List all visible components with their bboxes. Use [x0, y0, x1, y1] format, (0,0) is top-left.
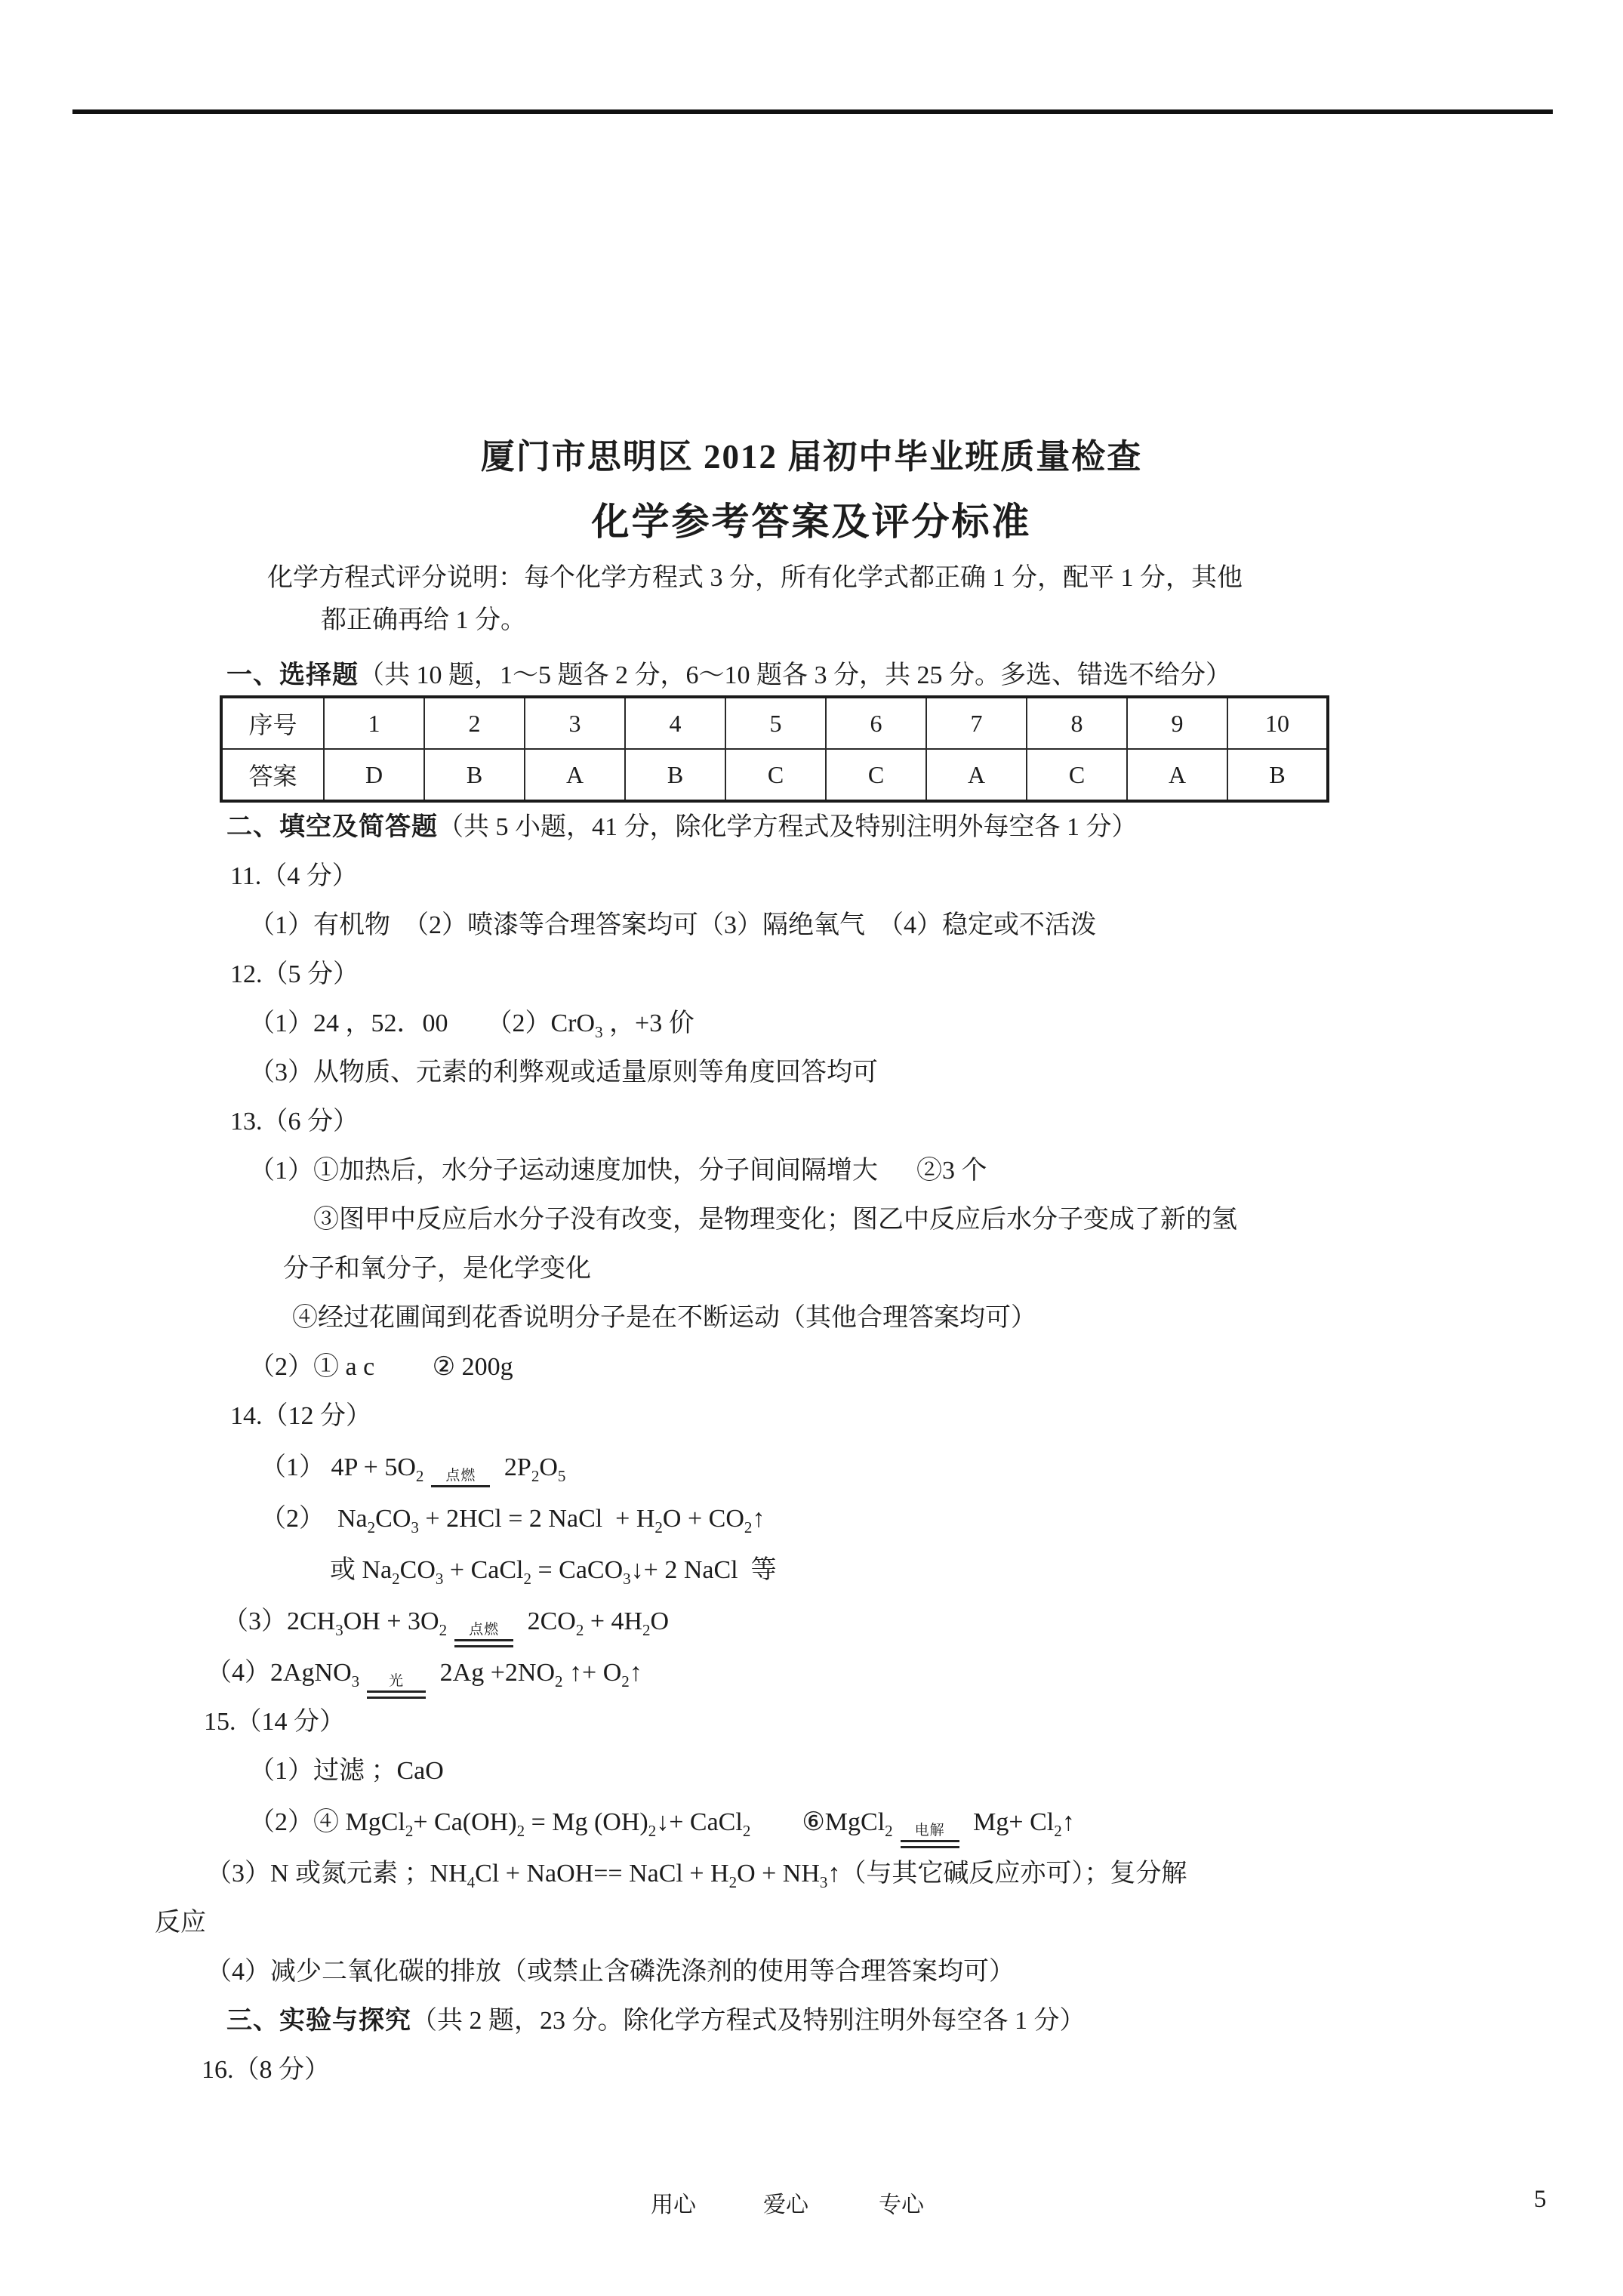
- reaction-arrow-line: [454, 1639, 513, 1647]
- doc-line: 11.（4 分）: [230, 852, 1623, 901]
- doc-line: 13.（6 分）: [230, 1097, 1623, 1146]
- formula-subscript: 2: [743, 1822, 751, 1840]
- formula-subscript: 5: [558, 1467, 566, 1485]
- header-rule: [72, 109, 1553, 114]
- page-number: 5: [1534, 2186, 1547, 2214]
- table-cell: 3: [525, 697, 625, 749]
- doc-line: （3）N 或氮元素 ；NH4Cl + NaOH== NaCl + H2O + N…: [206, 1849, 1623, 1898]
- formula-subscript: 3: [623, 1570, 631, 1588]
- reaction-arrow-line: [901, 1840, 959, 1848]
- table-cell: 8: [1027, 697, 1127, 749]
- reaction-condition: 光: [367, 1674, 426, 1699]
- formula-subscript: 2: [416, 1467, 424, 1485]
- document-header: 厦门市思明区 2012 届初中毕业班质量检查 化学参考答案及评分标准: [0, 0, 1623, 545]
- formula-subscript: 2: [576, 1621, 584, 1639]
- formula-subscript: 2: [405, 1822, 414, 1840]
- formula-subscript: 2: [642, 1621, 651, 1639]
- formula-subscript: 2: [555, 1672, 563, 1690]
- section-1-heading-bold: 一、选择题: [226, 661, 359, 689]
- formula-subscript: 3: [352, 1672, 360, 1690]
- doc-line: （4）2AgNO3光 2Ag +2NO2 ↑+ O2↑: [206, 1648, 1623, 1697]
- formula-subscript: 2: [531, 1467, 540, 1485]
- reaction-arrow-line: [367, 1690, 426, 1699]
- doc-line: 分子和氧分子，是化学变化: [283, 1244, 1623, 1293]
- footer-word: 专心: [879, 2186, 924, 2219]
- doc-line: （3）2CH3OH + 3O2点燃 2CO2 + 4H2O: [223, 1597, 1623, 1646]
- reaction-condition: 点燃: [454, 1623, 513, 1647]
- question-number-row: 序号12345678910: [221, 697, 1328, 749]
- reaction-condition: 电解: [901, 1823, 959, 1848]
- formula-subscript: 2: [392, 1570, 400, 1588]
- document-subtitle: 化学参考答案及评分标准: [0, 498, 1623, 545]
- table-cell: 9: [1127, 697, 1227, 749]
- formula-subscript: 4: [467, 1873, 476, 1891]
- doc-line: （1）24 ，52．00 （2）CrO3 ，+3 价: [249, 999, 1623, 1048]
- reaction-condition-label: 点燃: [469, 1623, 499, 1637]
- formula-subscript: 2: [654, 1518, 663, 1536]
- reaction-condition-label: 电解: [915, 1823, 945, 1838]
- formula-subscript: 3: [436, 1570, 444, 1588]
- doc-line: （1）①加热后，水分子运动速度加快，分子间间隔增大 ②3 个: [249, 1146, 1623, 1195]
- reaction-condition-label: 点燃: [445, 1469, 476, 1483]
- grading-note-line: 都正确再给 1 分。: [321, 599, 1623, 642]
- bold-segment: 二、填空及简答题: [226, 812, 438, 841]
- table-cell: 7: [926, 697, 1027, 749]
- document-page: 厦门市思明区 2012 届初中毕业班质量检查 化学参考答案及评分标准 化学方程式…: [0, 0, 1623, 2296]
- doc-line: 16.（8 分）: [202, 2045, 1623, 2094]
- reaction-arrow-line: [431, 1485, 490, 1487]
- bold-segment: 三、实验与探究: [226, 2006, 411, 2035]
- document-body: 一、选择题（共 10 题，1～5 题各 2 分，6～10 题各 3 分，共 25…: [155, 658, 1623, 2094]
- formula-subscript: 2: [744, 1518, 753, 1536]
- section-1-heading: 一、选择题（共 10 题，1～5 题各 2 分，6～10 题各 3 分，共 25…: [226, 658, 1623, 692]
- doc-line: （2）④ MgCl2+ Ca(OH)2 = Mg (OH)2↓+ CaCl2 ⑥…: [249, 1798, 1623, 1847]
- formula-subscript: 2: [439, 1621, 448, 1639]
- document-title: 厦门市思明区 2012 届初中毕业班质量检查: [0, 436, 1623, 477]
- formula-subscript: 2: [648, 1822, 657, 1840]
- formula-subscript: 2: [729, 1873, 738, 1891]
- doc-line: ③图甲中反应后水分子没有改变，是物理变化；图乙中反应后水分子变成了新的氢: [313, 1195, 1623, 1244]
- reaction-condition-label: 光: [389, 1674, 404, 1688]
- doc-line: 14.（12 分）: [230, 1391, 1623, 1441]
- section-1-heading-rest: （共 10 题，1～5 题各 2 分，6～10 题各 3 分，共 25 分。多选…: [359, 661, 1231, 689]
- formula-subscript: 2: [523, 1570, 531, 1588]
- table-cell: C: [725, 749, 826, 801]
- table-cell: D: [324, 749, 424, 801]
- table-cell: 6: [826, 697, 926, 749]
- doc-line: （2） Na2CO3 + 2HCl = 2 NaCl + H2O + CO2↑: [260, 1494, 1623, 1543]
- formula-subscript: 3: [595, 1023, 603, 1041]
- page-footer: 用心 爱心 专心 5: [0, 2186, 1623, 2216]
- formula-subscript: 2: [368, 1518, 376, 1536]
- formula-subscript: 3: [335, 1621, 343, 1639]
- table-row-label: 序号: [221, 697, 324, 749]
- table-cell: A: [926, 749, 1027, 801]
- doc-line: （2）① a c ② 200g: [249, 1342, 1623, 1391]
- doc-line: （1）过滤 ；CaO: [249, 1746, 1623, 1795]
- formula-subscript: 2: [1054, 1822, 1062, 1840]
- reaction-condition: 点燃: [431, 1469, 490, 1487]
- table-cell: 5: [725, 697, 826, 749]
- answer-lines: 二、填空及简答题（共 5 小题，41 分，除化学方程式及特别注明外每空各 1 分…: [155, 803, 1623, 2094]
- grading-note-line: 化学方程式评分说明：每个化学方程式 3 分，所有化学式都正确 1 分，配平 1 …: [267, 557, 1623, 599]
- table-cell: 4: [625, 697, 725, 749]
- doc-line: （1） 4P + 5O2点燃 2P2O5: [260, 1443, 1623, 1492]
- table-cell: A: [1127, 749, 1227, 801]
- grading-note: 化学方程式评分说明：每个化学方程式 3 分，所有化学式都正确 1 分，配平 1 …: [0, 557, 1623, 642]
- table-cell: B: [1227, 749, 1328, 801]
- doc-line: 15.（14 分）: [204, 1697, 1623, 1746]
- doc-line: （4）减少二氧化碳的排放（或禁止含磷洗涤剂的使用等合理答案均可）: [206, 1947, 1623, 1996]
- formula-subscript: 3: [820, 1873, 828, 1891]
- formula-subscript: 3: [411, 1518, 419, 1536]
- doc-line: （3）从物质、元素的利弊观或适量原则等角度回答均可: [249, 1048, 1623, 1097]
- doc-line: 12.（5 分）: [230, 950, 1623, 999]
- multiple-choice-answer-table: 序号12345678910答案DBABCCACAB: [220, 695, 1329, 803]
- formula-subscript: 2: [885, 1822, 893, 1840]
- table-row-label: 答案: [221, 749, 324, 801]
- doc-line: 三、实验与探究（共 2 题，23 分。除化学方程式及特别注明外每空各 1 分）: [226, 1996, 1623, 2045]
- answer-row: 答案DBABCCACAB: [221, 749, 1328, 801]
- footer-word: 爱心: [763, 2186, 808, 2219]
- doc-line: 二、填空及简答题（共 5 小题，41 分，除化学方程式及特别注明外每空各 1 分…: [226, 803, 1623, 852]
- table-cell: B: [424, 749, 525, 801]
- table-cell: B: [625, 749, 725, 801]
- formula-subscript: 2: [517, 1822, 525, 1840]
- doc-line: ④经过花圃闻到花香说明分子是在不断运动（其他合理答案均可）: [292, 1293, 1623, 1342]
- table-cell: 1: [324, 697, 424, 749]
- doc-line: 反应: [155, 1898, 1623, 1947]
- doc-line: 或 Na2CO3 + CaCl2 = CaCO3↓+ 2 NaCl 等: [330, 1546, 1623, 1595]
- table-cell: 2: [424, 697, 525, 749]
- formula-subscript: 2: [621, 1672, 630, 1690]
- footer-word: 用心: [651, 2186, 696, 2219]
- table-cell: 10: [1227, 697, 1328, 749]
- table-cell: C: [1027, 749, 1127, 801]
- table-cell: A: [525, 749, 625, 801]
- doc-line: （1）有机物 （2）喷漆等合理答案均可（3）隔绝氧气 （4）稳定或不活泼: [249, 901, 1623, 950]
- table-cell: C: [826, 749, 926, 801]
